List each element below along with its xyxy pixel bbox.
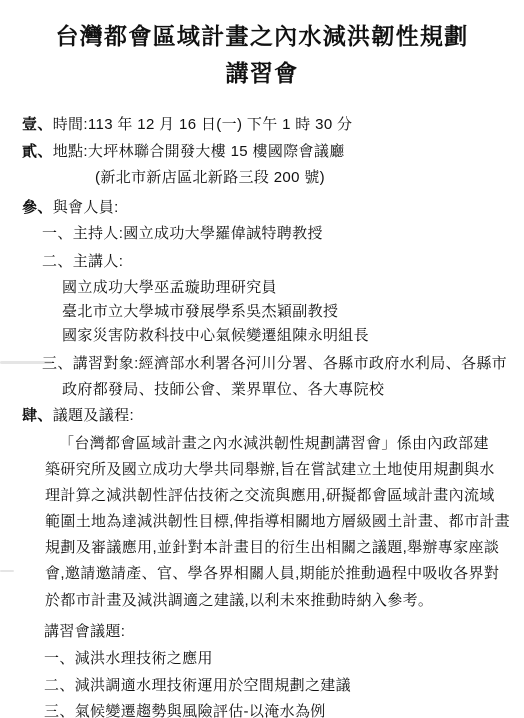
section-attendees-number: 參、 bbox=[22, 199, 53, 216]
section-attendees-text: 與會人員: bbox=[53, 199, 119, 216]
section-time-number: 壹、 bbox=[22, 116, 53, 133]
section-agenda-text: 議題及議程: bbox=[53, 407, 134, 424]
section-time-text: 時間:113 年 12 月 16 日(一) 下午 1 時 30 分 bbox=[53, 116, 353, 133]
topic-item: 一、減洪水理技術之應用 bbox=[44, 649, 213, 669]
section-attendees: 參、與會人員: bbox=[22, 198, 119, 218]
scan-artifact bbox=[0, 361, 52, 364]
scan-artifact bbox=[0, 570, 14, 572]
topics-label: 講習會議題: bbox=[44, 622, 125, 642]
workshop-notice-document: 台灣都會區域計畫之內水減洪韌性規劃 講習會 壹、時間:113 年 12 月 16… bbox=[0, 0, 524, 718]
agenda-paragraph-line: 「台灣都會區域計畫之內水減洪韌性規劃講習會」係由內政部建 bbox=[59, 434, 489, 454]
agenda-paragraph-line: 會,邀請邀請產、官、學各界相關人員,期能於推動過程中吸收各界對 bbox=[45, 564, 499, 584]
agenda-paragraph-line: 於都市計畫及減洪調適之建議,以利未來推動時納入參考。 bbox=[45, 591, 433, 611]
agenda-paragraph-line: 規劃及審議應用,並針對本計畫目的衍生出相關之議題,舉辦專家座談 bbox=[45, 538, 499, 558]
document-title-line1: 台灣都會區域計畫之內水減洪韌性規劃 bbox=[0, 22, 524, 50]
section-agenda: 肆、議題及議程: bbox=[22, 406, 134, 426]
topic-item: 二、減洪調適水理技術運用於空間規劃之建議 bbox=[44, 676, 351, 696]
place-address: (新北市新店區北新路三段 200 號) bbox=[95, 168, 325, 188]
section-place-number: 貳、 bbox=[22, 143, 53, 160]
attendees-speakers-label: 二、主講人: bbox=[42, 252, 123, 272]
attendees-audience-line2: 政府都發局、技師公會、業界單位、各大專院校 bbox=[62, 380, 384, 400]
section-place: 貳、地點:大坪林聯合開發大樓 15 樓國際會議廳 bbox=[22, 142, 345, 162]
document-title-line2: 講習會 bbox=[0, 59, 524, 87]
section-time: 壹、時間:113 年 12 月 16 日(一) 下午 1 時 30 分 bbox=[22, 115, 352, 135]
speaker-item: 臺北市立大學城市發展學系吳杰穎副教授 bbox=[62, 302, 338, 322]
speaker-item: 國立成功大學巫孟璇助理研究員 bbox=[62, 278, 277, 298]
topic-item: 三、氣候變遷趨勢與風險評估-以淹水為例 bbox=[44, 702, 326, 718]
section-place-text: 地點:大坪林聯合開發大樓 15 樓國際會議廳 bbox=[53, 143, 345, 160]
agenda-paragraph-line: 範圍土地為達減洪韌性目標,俾指導相關地方層級國土計畫、都市計畫 bbox=[45, 512, 510, 532]
attendees-host: 一、主持人:國立成功大學羅偉誠特聘教授 bbox=[42, 224, 323, 244]
agenda-paragraph-line: 理計算之減洪韌性評估技術之交流與應用,研擬都會區域計畫內流域 bbox=[45, 486, 495, 506]
attendees-audience-line1: 三、講習對象:經濟部水利署各河川分署、各縣市政府水利局、各縣市 bbox=[42, 354, 507, 374]
section-agenda-number: 肆、 bbox=[22, 407, 53, 424]
speaker-item: 國家災害防救科技中心氣候變遷組陳永明組長 bbox=[62, 326, 369, 346]
agenda-paragraph-line: 築研究所及國立成功大學共同舉辦,旨在嘗試建立土地使用規劃與水 bbox=[45, 460, 495, 480]
